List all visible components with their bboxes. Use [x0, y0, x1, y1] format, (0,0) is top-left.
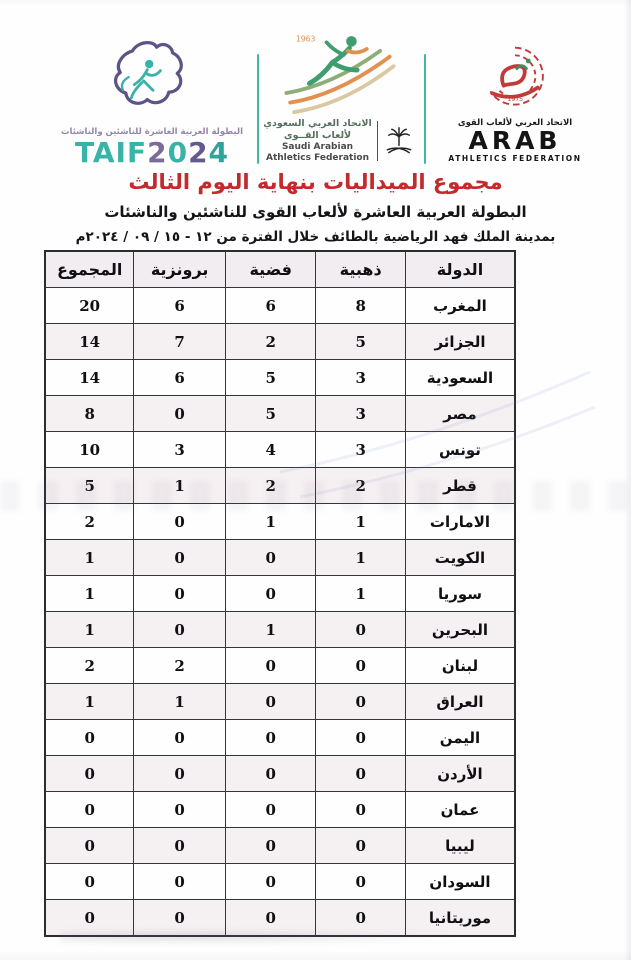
silver-cell: 0	[225, 576, 316, 612]
taif-wordmark-digit: 4	[209, 136, 229, 169]
medal-table-body: المغرب86620الجزائر52714السعودية35614مصر3…	[45, 288, 515, 937]
total-cell: 0	[45, 792, 134, 828]
country-cell: قطر	[405, 468, 515, 504]
medal-table-header: الدولة ذهبية فضية برونزية المجموع	[45, 251, 515, 288]
country-cell: ليبيا	[405, 828, 515, 864]
total-cell: 1	[45, 684, 134, 720]
total-cell: 0	[45, 756, 134, 792]
total-cell: 5	[45, 468, 134, 504]
country-cell: السعودية	[405, 360, 515, 396]
table-row: السودان0000	[45, 864, 515, 900]
saudi-english-line1: Saudi Arabian	[263, 142, 371, 153]
table-row: الأردن0000	[45, 756, 515, 792]
silver-cell: 0	[225, 684, 316, 720]
silver-cell: 5	[225, 360, 316, 396]
country-cell: الكويت	[405, 540, 515, 576]
country-cell: مصر	[405, 396, 515, 432]
saudi-arabic-line1: الاتحاد العربي السعودي	[263, 118, 371, 130]
silver-cell: 6	[225, 288, 316, 324]
gold-cell: 3	[316, 396, 406, 432]
header-silver: فضية	[225, 251, 316, 288]
logo-divider	[424, 54, 426, 164]
table-row: السعودية35614	[45, 360, 515, 396]
bronze-cell: 0	[134, 756, 226, 792]
gold-cell: 0	[316, 720, 406, 756]
country-cell: العراق	[405, 684, 515, 720]
bronze-cell: 6	[134, 360, 226, 396]
silver-cell: 0	[225, 648, 316, 684]
logo-divider	[257, 54, 259, 164]
silver-cell: 0	[225, 828, 316, 864]
country-cell: البحرين	[405, 612, 515, 648]
gold-cell: 3	[316, 432, 406, 468]
taif2024-logo: البطولة العربية العاشرة للناشئين والناشئ…	[52, 36, 252, 167]
total-cell: 2	[45, 504, 134, 540]
bronze-cell: 0	[134, 900, 226, 937]
country-cell: سوريا	[405, 576, 515, 612]
table-row: الجزائر52714	[45, 324, 515, 360]
saudi-runner-track-icon: 1963	[276, 28, 402, 116]
table-row: مصر3508	[45, 396, 515, 432]
silver-cell: 2	[225, 468, 316, 504]
total-cell: 0	[45, 864, 134, 900]
total-cell: 0	[45, 720, 134, 756]
taif-map-runner-icon	[100, 36, 204, 122]
medal-standings-table: الدولة ذهبية فضية برونزية المجموع المغرب…	[44, 250, 516, 937]
gold-cell: 2	[316, 468, 406, 504]
bronze-cell: 0	[134, 792, 226, 828]
gold-cell: 8	[316, 288, 406, 324]
page-title: مجموع الميداليات بنهاية اليوم الثالث	[0, 170, 631, 194]
silver-cell: 0	[225, 720, 316, 756]
gold-cell: 1	[316, 576, 406, 612]
venue-date-subtitle: بمدينة الملك فهد الرياضية بالطائف خلال ا…	[0, 229, 631, 245]
header-row: الدولة ذهبية فضية برونزية المجموع	[45, 251, 515, 288]
table-row: العراق0011	[45, 684, 515, 720]
arab-name: ARAB	[436, 128, 594, 154]
saudi-logo-separator	[377, 121, 378, 161]
bronze-cell: 1	[134, 684, 226, 720]
country-cell: عمان	[405, 792, 515, 828]
palm-swords-emblem-icon	[383, 121, 415, 161]
table-row: اليمن0000	[45, 720, 515, 756]
total-cell: 8	[45, 396, 134, 432]
bronze-cell: 0	[134, 828, 226, 864]
gold-cell: 0	[316, 864, 406, 900]
bronze-cell: 3	[134, 432, 226, 468]
championship-subtitle: البطولة العربية العاشرة لألعاب القوى للن…	[0, 203, 631, 221]
country-cell: لبنان	[405, 648, 515, 684]
country-cell: اليمن	[405, 720, 515, 756]
bronze-cell: 0	[134, 720, 226, 756]
taif-wordmark-word: TAIF	[75, 136, 147, 169]
gold-cell: 3	[316, 360, 406, 396]
arab-subtitle: ATHLETICS FEDERATION	[436, 154, 594, 163]
bronze-cell: 1	[134, 468, 226, 504]
header-bronze: برونزية	[134, 251, 226, 288]
header-gold: ذهبية	[316, 251, 406, 288]
taif-wordmark-digit: 2	[147, 136, 167, 169]
country-cell: الامارات	[405, 504, 515, 540]
total-cell: 1	[45, 576, 134, 612]
table-row: البحرين0101	[45, 612, 515, 648]
table-row: المغرب86620	[45, 288, 515, 324]
saudi-logo-text-row: الاتحاد العربي السعودي لألعاب القــوى Sa…	[263, 118, 415, 164]
total-cell: 2	[45, 648, 134, 684]
silver-cell: 0	[225, 540, 316, 576]
gold-cell: 0	[316, 756, 406, 792]
saudi-logo-year: 1963	[296, 34, 316, 43]
country-cell: تونس	[405, 432, 515, 468]
bronze-cell: 0	[134, 540, 226, 576]
country-cell: الأردن	[405, 756, 515, 792]
silver-cell: 5	[225, 396, 316, 432]
logo-band: البطولة العربية العاشرة للناشئين والناشئ…	[0, 28, 631, 178]
bronze-cell: 0	[134, 396, 226, 432]
total-cell: 0	[45, 828, 134, 864]
silver-cell: 1	[225, 612, 316, 648]
silver-cell: 0	[225, 864, 316, 900]
gold-cell: 5	[316, 324, 406, 360]
arab-logo-year: 1975	[507, 96, 523, 103]
table-row: الكويت1001	[45, 540, 515, 576]
taif-wordmark-digit: 0	[168, 136, 188, 169]
country-cell: الجزائر	[405, 324, 515, 360]
gold-cell: 0	[316, 828, 406, 864]
bronze-cell: 0	[134, 504, 226, 540]
silver-cell: 2	[225, 324, 316, 360]
taif-wordmark: TAIF2024	[52, 139, 252, 167]
arab-athletics-federation-logo: 1975 الاتحاد العربي لألعاب القوى ARAB AT…	[436, 42, 594, 163]
total-cell: 10	[45, 432, 134, 468]
saudi-english-line2: Athletics Federation	[263, 153, 371, 164]
gold-cell: 0	[316, 684, 406, 720]
total-cell: 0	[45, 900, 134, 937]
header-total: المجموع	[45, 251, 134, 288]
total-cell: 14	[45, 324, 134, 360]
bronze-cell: 6	[134, 288, 226, 324]
gold-cell: 1	[316, 504, 406, 540]
saudi-logo-text: الاتحاد العربي السعودي لألعاب القــوى Sa…	[263, 118, 371, 164]
bronze-cell: 2	[134, 648, 226, 684]
saudi-athletics-federation-logo: 1963 الاتحاد العربي السعودي لألعاب القــ…	[263, 28, 415, 164]
silver-cell: 4	[225, 432, 316, 468]
table-row: عمان0000	[45, 792, 515, 828]
saudi-arabic-line2: لألعاب القــوى	[263, 130, 371, 142]
total-cell: 1	[45, 540, 134, 576]
gold-cell: 0	[316, 612, 406, 648]
table-row: موريتانيا0000	[45, 900, 515, 937]
table-row: قطر2215	[45, 468, 515, 504]
table-row: لبنان0022	[45, 648, 515, 684]
bronze-cell: 7	[134, 324, 226, 360]
heading-block: مجموع الميداليات بنهاية اليوم الثالث الب…	[0, 170, 631, 245]
gold-cell: 0	[316, 792, 406, 828]
country-cell: موريتانيا	[405, 900, 515, 937]
silver-cell: 0	[225, 756, 316, 792]
table-row: سوريا1001	[45, 576, 515, 612]
silver-cell: 1	[225, 504, 316, 540]
arab-federation-emblem-icon: 1975	[466, 42, 564, 116]
gold-cell: 0	[316, 900, 406, 937]
header-country: الدولة	[405, 251, 515, 288]
table-row: تونس34310	[45, 432, 515, 468]
gold-cell: 0	[316, 648, 406, 684]
table-row: ليبيا0000	[45, 828, 515, 864]
bronze-cell: 0	[134, 612, 226, 648]
silver-cell: 0	[225, 900, 316, 937]
silver-cell: 0	[225, 792, 316, 828]
gold-cell: 1	[316, 540, 406, 576]
country-cell: المغرب	[405, 288, 515, 324]
taif-wordmark-digit: 2	[188, 136, 208, 169]
scanned-medal-report-page: البطولة العربية العاشرة للناشئين والناشئ…	[0, 0, 631, 960]
total-cell: 1	[45, 612, 134, 648]
bronze-cell: 0	[134, 864, 226, 900]
country-cell: السودان	[405, 864, 515, 900]
total-cell: 14	[45, 360, 134, 396]
total-cell: 20	[45, 288, 134, 324]
table-row: الامارات1102	[45, 504, 515, 540]
bronze-cell: 0	[134, 576, 226, 612]
